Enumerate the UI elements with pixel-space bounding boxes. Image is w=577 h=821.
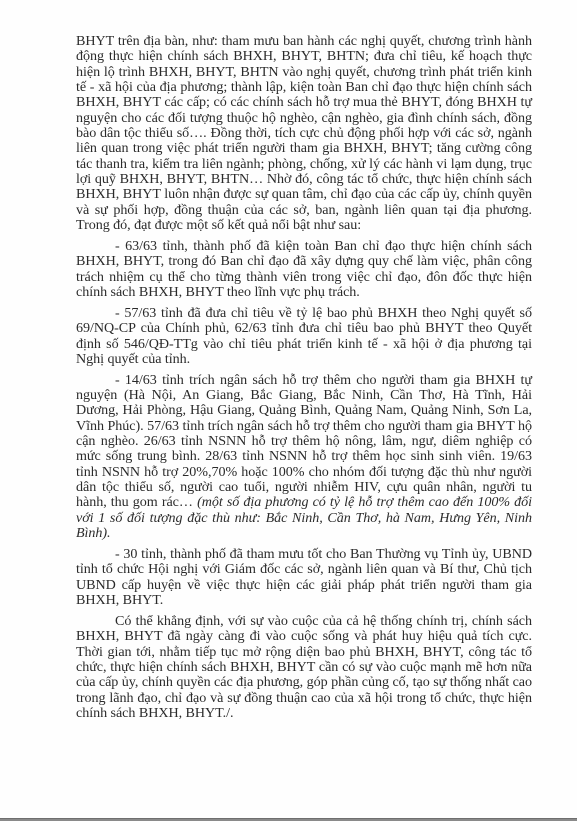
paragraph-list-item-1: - 63/63 tỉnh, thành phố đã kiện toàn Ban… [76,239,532,300]
paragraph-list-item-3: - 14/63 tỉnh trích ngân sách hỗ trợ thêm… [76,373,532,542]
document-page: BHYT trên địa bàn, như: tham mưu ban hàn… [0,0,577,818]
paragraph-intro: BHYT trên địa bàn, như: tham mưu ban hàn… [76,34,532,233]
paragraph-conclusion: Có thể khẳng định, với sự vào cuộc của c… [76,614,532,721]
paragraph-list-item-2: - 57/63 tỉnh đã đưa chỉ tiêu về tỷ lệ ba… [76,306,532,367]
document-body: BHYT trên địa bàn, như: tham mưu ban hàn… [76,34,532,727]
paragraph-list-item-3-text: - 14/63 tỉnh trích ngân sách hỗ trợ thêm… [76,372,532,511]
paragraph-list-item-4: - 30 tỉnh, thành phố đã tham mưu tốt cho… [76,547,532,608]
